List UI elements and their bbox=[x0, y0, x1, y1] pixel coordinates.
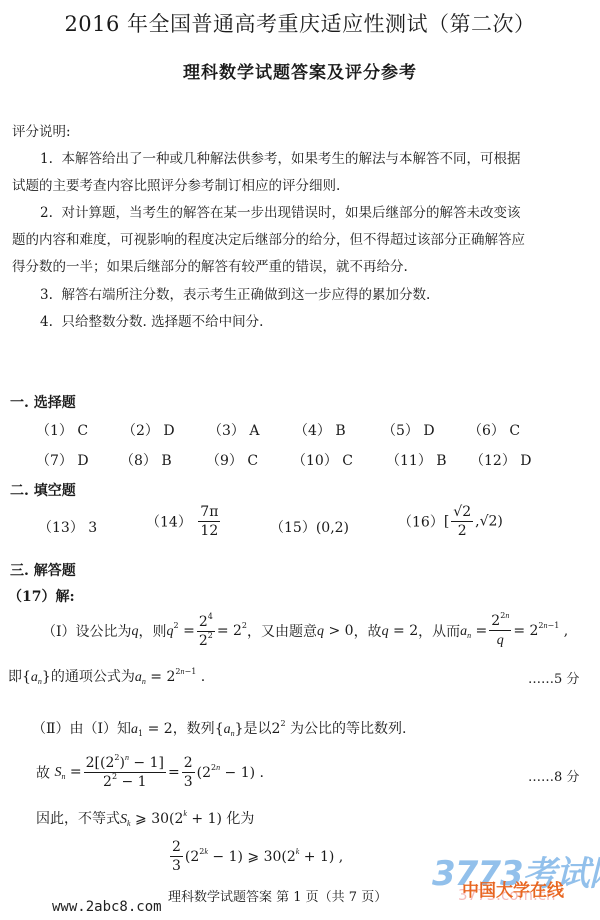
q17-inequality-line: 因此，不等式Sk ⩾ 30(2k + 1) 化为 bbox=[36, 808, 254, 828]
note-2-line2: 题的内容和难度，可视影响的程度决定后继部分的给分，但不得超过该部分正确解答应 bbox=[12, 231, 525, 249]
answer-13: （13） 3 bbox=[38, 517, 97, 537]
note-number: 4. bbox=[40, 314, 53, 330]
question-17-label: （17）解: bbox=[8, 586, 75, 606]
q17-part1-line2: 即{an}的通项公式为an = 22n−1 . bbox=[8, 666, 205, 686]
section-choice-heading: 一. 选择题 bbox=[10, 392, 76, 412]
fraction: 7π12 bbox=[198, 505, 220, 538]
answer-1: （1） C bbox=[36, 420, 88, 440]
fraction: √22 bbox=[451, 505, 473, 538]
note-number: 1. bbox=[40, 151, 53, 167]
answer-3: （3） A bbox=[208, 420, 260, 440]
answer-10: （10） C bbox=[292, 450, 353, 470]
note-3: 3. 解答右端所注分数，表示考生正确做到这一步应得的累加分数. bbox=[40, 286, 430, 304]
watermark-url: www.2abc8.com bbox=[52, 899, 162, 915]
answer-14: （14） 7π12 bbox=[146, 505, 222, 538]
score-5: ……5 分 bbox=[528, 668, 579, 687]
answer-9: （9） C bbox=[206, 450, 258, 470]
answer-12: （12） D bbox=[470, 450, 532, 470]
note-2-line1: 2. 对计算题，当考生的解答在某一步出现错误时，如果后继部分的解答未改变该 bbox=[40, 204, 520, 222]
answer-15: （15）(0,2) bbox=[270, 517, 349, 537]
page-footer: 理科数学试题答案 第 1 页（共 7 页） bbox=[168, 886, 387, 905]
answer-2: （2） D bbox=[122, 420, 175, 440]
note-text: 只给整数分数. 选择题不给中间分. bbox=[61, 314, 263, 330]
answer-16: （16）[√22,√2) bbox=[398, 505, 503, 538]
answer-5: （5） D bbox=[382, 420, 435, 440]
watermark-brand-cn: 中国大学在线 bbox=[462, 876, 564, 901]
answer-6: （6） C bbox=[468, 420, 520, 440]
q17-inequality-transformed: 23(22k − 1) ⩾ 30(2k + 1) , bbox=[168, 840, 343, 873]
section-fill-heading: 二. 填空题 bbox=[10, 480, 76, 500]
note-text: 本解答给出了一种或几种解法供参考，如果考生的解法与本解答不同，可根据 bbox=[61, 151, 520, 167]
q17-sum-formula: 故 Sn =2[(22)n − 1]22 − 1=23(22n − 1) . bbox=[36, 756, 264, 789]
score-8: ……8 分 bbox=[528, 766, 579, 785]
document-subtitle: 理科数学试题答案及评分参考 bbox=[0, 58, 600, 83]
note-text: 解答右端所注分数，表示考生正确做到这一步应得的累加分数. bbox=[61, 287, 430, 303]
answer-11: （11） B bbox=[386, 450, 447, 470]
note-1-line2: 试题的主要考查内容比照评分参考制订相应的评分细则. bbox=[12, 177, 340, 195]
scoring-notes-heading: 评分说明: bbox=[12, 123, 71, 141]
document-title: 2016 年全国普通高考重庆适应性测试（第二次） bbox=[0, 8, 600, 38]
q17-part2-line1: （Ⅱ）由（Ⅰ）知a1 = 2，数列{an}是以22 为公比的等比数列. bbox=[32, 718, 406, 738]
note-1-line1: 1. 本解答给出了一种或几种解法供参考，如果考生的解法与本解答不同，可根据 bbox=[40, 150, 520, 168]
note-number: 3. bbox=[40, 287, 53, 303]
q17-part1-line1: （Ⅰ）设公比为q，则q2 =2422= 22，又由题意q > 0，故q = 2，… bbox=[42, 614, 568, 648]
answer-4: （4） B bbox=[294, 420, 346, 440]
note-2-line3: 得分数的一半；如果后继部分的解答有较严重的错误，就不再给分. bbox=[12, 258, 408, 276]
note-number: 2. bbox=[40, 205, 53, 221]
section-solution-heading: 三. 解答题 bbox=[10, 560, 76, 580]
note-text: 对计算题，当考生的解答在某一步出现错误时，如果后继部分的解答未改变该 bbox=[61, 205, 520, 221]
answer-8: （8） B bbox=[120, 450, 172, 470]
answer-7: （7） D bbox=[36, 450, 89, 470]
note-4: 4. 只给整数分数. 选择题不给中间分. bbox=[40, 313, 263, 331]
